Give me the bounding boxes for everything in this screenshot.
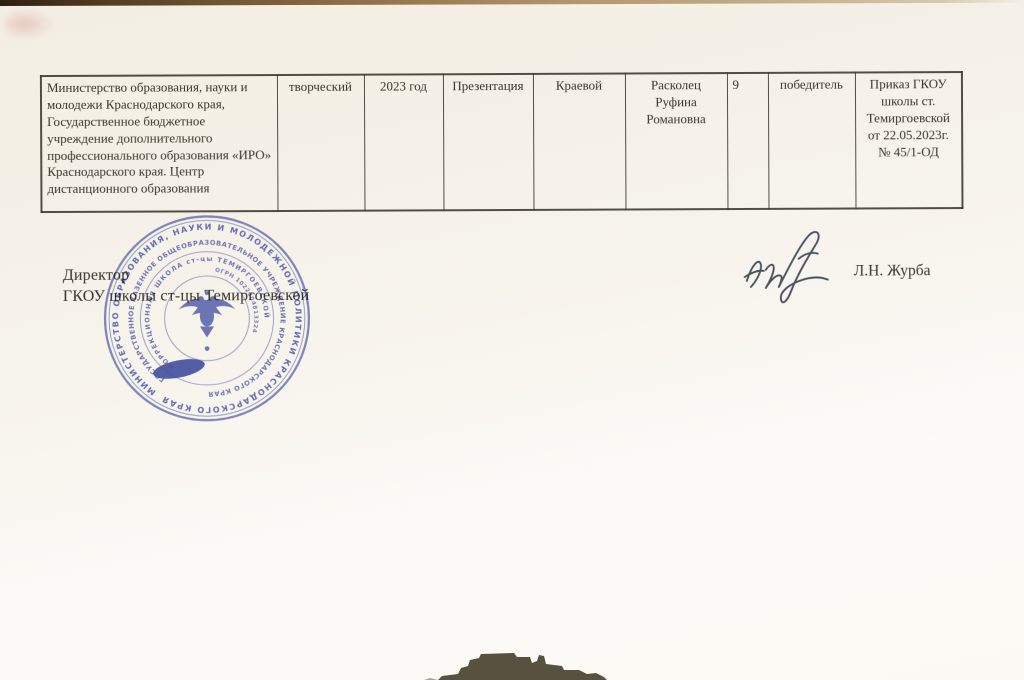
- cell-result: победитель: [768, 73, 856, 209]
- stamp-center-dot: [205, 346, 210, 351]
- cell-organization: Министерство образования, науки и молоде…: [41, 75, 278, 212]
- cell-participant: Расколец Руфина Романовна: [625, 73, 728, 209]
- cell-work-type: Презентация: [443, 74, 534, 210]
- official-stamp: МИНИСТЕРСТВО ОБРАЗОВАНИЯ, НАУКИ И МОЛОДЕ…: [95, 207, 318, 430]
- scan-artifact-bottom: [424, 649, 609, 680]
- coat-of-arms-icon: [179, 291, 236, 338]
- scanned-document: Министерство образования, науки и молоде…: [0, 0, 1024, 680]
- cell-category: творческий: [277, 75, 365, 211]
- cell-year: 2023 год: [364, 74, 444, 210]
- handwritten-signature: [733, 224, 868, 315]
- table-row: Министерство образования, науки и молоде…: [41, 72, 963, 212]
- cell-level: Краевой: [533, 74, 626, 210]
- cell-order: Приказ ГКОУ школы ст. Темиргоевской от 2…: [855, 72, 963, 208]
- document-page: Министерство образования, науки и молоде…: [0, 0, 1024, 680]
- signer-name: Л.Н. Журба: [854, 262, 931, 280]
- cell-grade: 9: [727, 73, 769, 209]
- awards-table: Министерство образования, науки и молоде…: [40, 71, 964, 213]
